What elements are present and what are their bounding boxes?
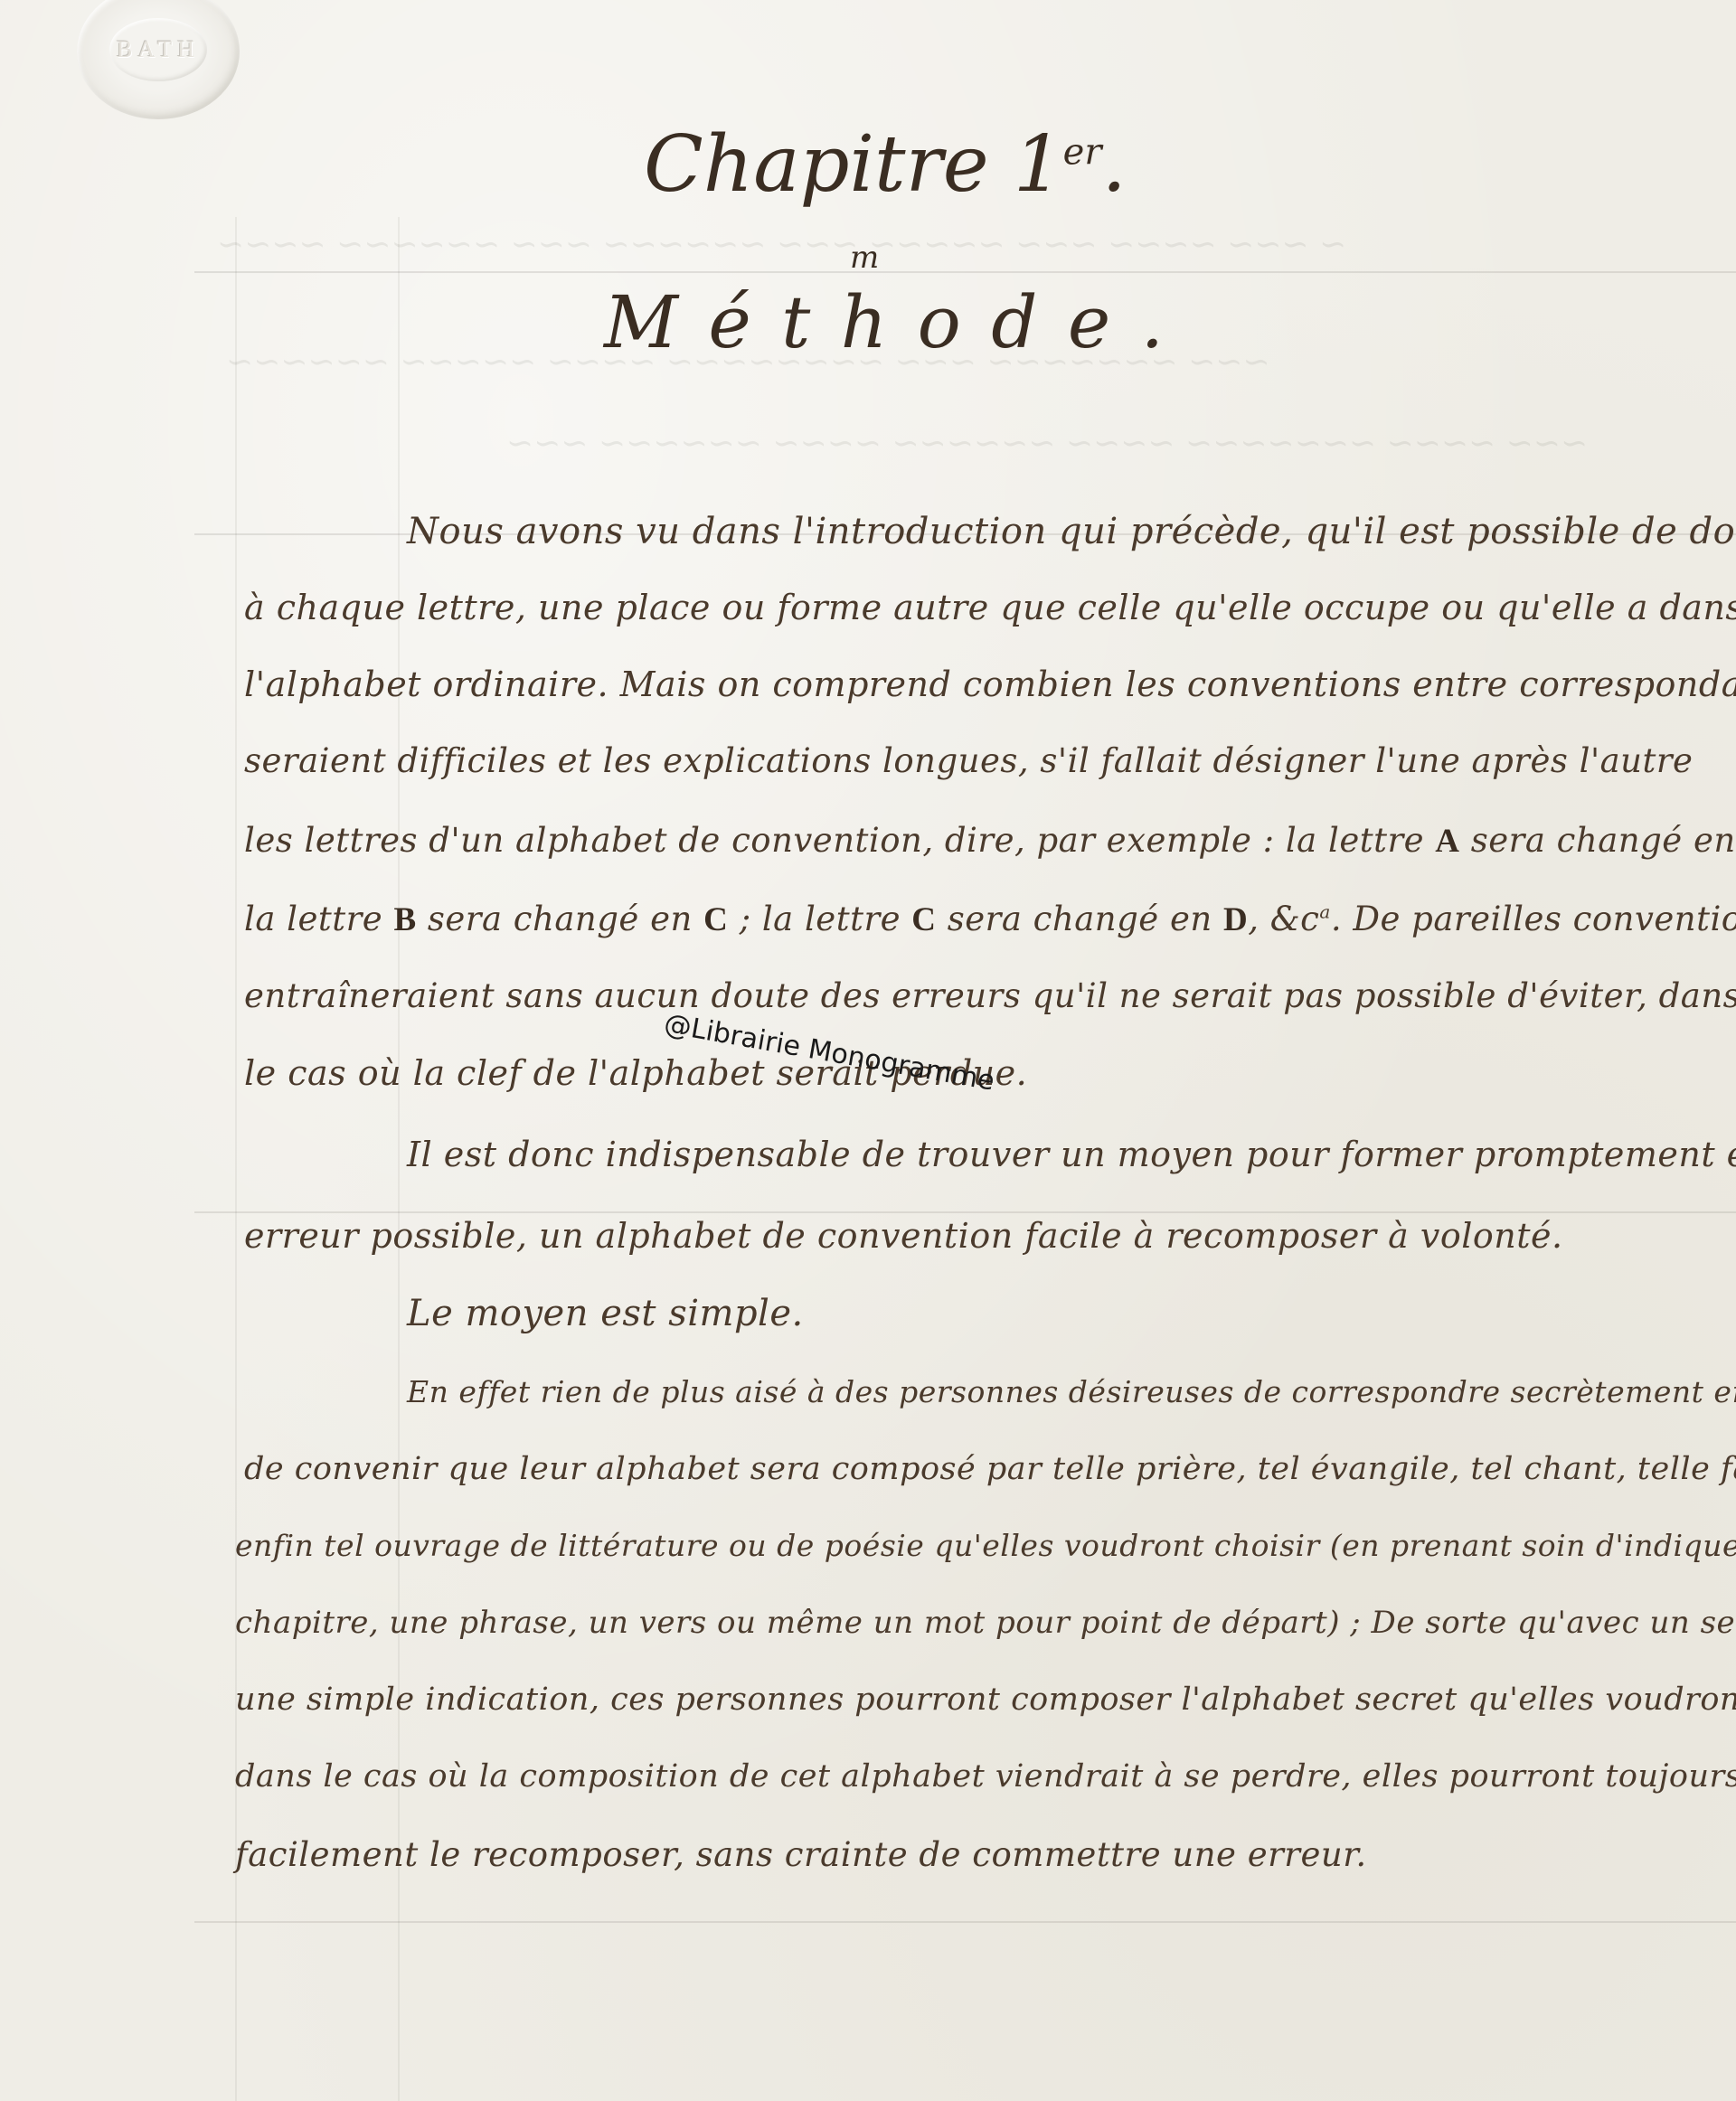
letter-a: A: [1435, 823, 1459, 860]
text-fragment: sera changé en: [1460, 821, 1736, 860]
text-line-13: de convenir que leur alphabet sera compo…: [244, 1451, 1736, 1487]
text-line-6: la lettre B sera changé en C ; la lettre…: [244, 900, 1736, 939]
text-fragment: les lettres d'un alphabet de convention,…: [244, 821, 1435, 860]
text-line-1: Nous avons vu dans l'introduction qui pr…: [407, 511, 1736, 552]
text-fragment: sera changé en: [937, 900, 1223, 938]
chapter-title: Chapitre 1er.: [644, 119, 1127, 210]
text-fragment: , &c: [1248, 900, 1319, 938]
text-line-12: En effet rien de plus aisé à des personn…: [407, 1374, 1736, 1409]
text-line-11: Le moyen est simple.: [407, 1293, 804, 1334]
stamp-label: BATH: [109, 18, 207, 81]
text-line-2: à chaque lettre, une place ou forme autr…: [244, 588, 1736, 627]
text-fragment: ; la lettre: [728, 900, 911, 938]
bleed-through-text: ~ ~~~ ~~~~ ~~~ ~~~~~ ~~~ ~~~~~~ ~~~ ~~~~…: [217, 226, 1346, 263]
letter-c: C: [703, 901, 728, 938]
text-line-5: les lettres d'un alphabet de convention,…: [244, 821, 1736, 861]
text-line-14: enfin tel ouvrage de littérature ou de p…: [235, 1528, 1736, 1563]
text-line-3: l'alphabet ordinaire. Mais on comprend c…: [244, 664, 1736, 704]
letter-c: C: [911, 901, 936, 938]
text-line-18: facilement le recomposer, sans crainte d…: [235, 1835, 1367, 1874]
ruling-line: [194, 271, 1736, 273]
chapter-title-period: .: [1101, 119, 1126, 210]
letter-d: D: [1223, 901, 1248, 938]
text-line-15: chapitre, une phrase, un vers ou même un…: [235, 1605, 1736, 1641]
ruling-line: [194, 1211, 1736, 1213]
text-line-17: dans le cas où la composition de cet alp…: [235, 1758, 1736, 1795]
text-fragment: a: [1319, 901, 1330, 923]
heading-ornament: m: [850, 240, 879, 276]
chapter-subtitle: M é t h o d e .: [604, 280, 1167, 364]
text-fragment: sera changé en: [417, 900, 703, 938]
chapter-title-superscript: er: [1063, 131, 1102, 173]
ruling-line: [194, 1921, 1736, 1923]
text-line-10: erreur possible, un alphabet de conventi…: [244, 1216, 1563, 1256]
text-line-16: une simple indication, ces personnes pou…: [235, 1682, 1736, 1718]
ruling-line: [235, 217, 237, 2101]
ruling-line: [398, 217, 400, 2101]
text-line-4: seraient difficiles et les explications …: [244, 741, 1693, 780]
text-fragment: la lettre: [244, 900, 393, 938]
text-fragment: . De pareilles conventions: [1331, 900, 1736, 938]
chapter-title-text: Chapitre 1: [644, 119, 1063, 210]
bleed-through-text: ~~~ ~~~~ ~~~~~~~ ~~~~ ~~~~~~ ~~~~ ~~~~~~…: [506, 425, 1588, 462]
text-line-7: entraîneraient sans aucun doute des erre…: [244, 976, 1736, 1015]
text-line-9: Il est donc indispensable de trouver un …: [407, 1135, 1736, 1174]
letter-b: B: [393, 901, 416, 938]
